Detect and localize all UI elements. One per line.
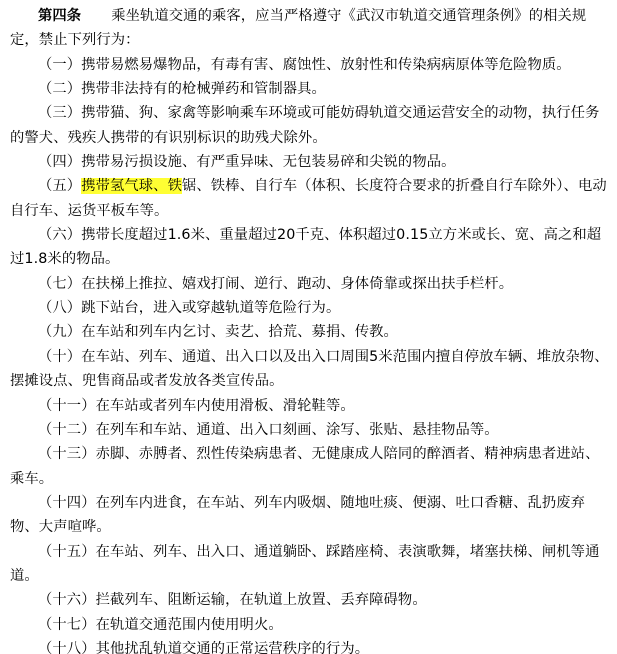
list-item-5: （五）携带氢气球、铁锯、铁棒、自行车（体积、长度符合要求的折叠自行车除外）、电动… xyxy=(10,174,612,223)
item-number: （十三） xyxy=(38,446,96,462)
article-intro-paragraph: 第四条乘坐轨道交通的乘客，应当严格遵守《武汉市轨道交通管理条例》的相关规定，禁止… xyxy=(10,4,612,53)
item-number: （十二） xyxy=(38,422,96,438)
article-label: 第四条 xyxy=(38,8,81,24)
item-text: 在车站或者列车内使用滑板、滑轮鞋等。 xyxy=(96,398,355,414)
list-item-18: （十八）其他扰乱轨道交通的正常运营秩序的行为。 xyxy=(10,637,612,654)
item-number: （七） xyxy=(38,276,81,292)
list-item-2: （二）携带非法持有的枪械弹药和管制器具。 xyxy=(10,77,612,101)
item-text: 在轨道交通范围内使用明火。 xyxy=(96,617,283,633)
item-number: （八） xyxy=(38,300,81,316)
item-number: （十四） xyxy=(38,495,96,511)
item-text: 在列车和车站、通道、出入口刻画、涂写、张贴、悬挂物品等。 xyxy=(96,422,499,438)
item-number: （十） xyxy=(38,349,81,365)
item-number: （一） xyxy=(38,57,81,73)
item-text: 在列车内进食，在车站、列车内吸烟、随地吐痰、便溺、吐口香糖、乱扔废弃物、大声喧哗… xyxy=(10,495,585,535)
item-text: 携带长度超过1.6米、重量超过20千克、体积超过0.15立方米或长、宽、高之和超… xyxy=(10,227,601,267)
item-number: （十七） xyxy=(38,617,96,633)
list-item-8: （八）跳下站台，进入或穿越轨道等危险行为。 xyxy=(10,296,612,320)
item-number: （十五） xyxy=(38,544,96,560)
article-intro-text: 乘坐轨道交通的乘客，应当严格遵守《武汉市轨道交通管理条例》的相关规定，禁止下列行… xyxy=(10,8,586,48)
list-item-6: （六）携带长度超过1.6米、重量超过20千克、体积超过0.15立方米或长、宽、高… xyxy=(10,223,612,272)
list-item-9: （九）在车站和列车内乞讨、卖艺、拾荒、募捐、传教。 xyxy=(10,320,612,344)
list-item-12: （十二）在列车和车站、通道、出入口刻画、涂写、张贴、悬挂物品等。 xyxy=(10,418,612,442)
item-text: 赤脚、赤膊者、烈性传染病患者、无健康成人陪同的醉酒者、精神病患者进站、乘车。 xyxy=(10,446,599,486)
item-number: （四） xyxy=(38,154,81,170)
item-text: 在扶梯上推拉、嬉戏打闹、逆行、跑动、身体倚靠或探出扶手栏杆。 xyxy=(81,276,513,292)
list-item-14: （十四）在列车内进食，在车站、列车内吸烟、随地吐痰、便溺、吐口香糖、乱扔废弃物、… xyxy=(10,491,612,540)
list-item-17: （十七）在轨道交通范围内使用明火。 xyxy=(10,613,612,637)
regulation-document: 第四条乘坐轨道交通的乘客，应当严格遵守《武汉市轨道交通管理条例》的相关规定，禁止… xyxy=(0,0,612,654)
list-item-11: （十一）在车站或者列车内使用滑板、滑轮鞋等。 xyxy=(10,394,612,418)
item-number: （二） xyxy=(38,81,81,97)
item-number: （十一） xyxy=(38,398,96,414)
item-text: 携带易污损设施、有严重异味、无包装易碎和尖锐的物品。 xyxy=(81,154,455,170)
item-number: （九） xyxy=(38,324,81,340)
item-text: 携带非法持有的枪械弹药和管制器具。 xyxy=(81,81,326,97)
item-number: （六） xyxy=(38,227,81,243)
item-text: 携带易燃易爆物品，有毒有害、腐蚀性、放射性和传染病病原体等危险物质。 xyxy=(81,57,571,73)
list-item-3: （三）携带猫、狗、家禽等影响乘车环境或可能妨碍轨道交通运营安全的动物，执行任务的… xyxy=(10,101,612,150)
item-number: （十六） xyxy=(38,592,96,608)
list-item-15: （十五）在车站、列车、出入口、通道躺卧、踩踏座椅、表演歌舞，堵塞扶梯、闸机等通道… xyxy=(10,540,612,589)
item-text: 在车站、列车、出入口、通道躺卧、踩踏座椅、表演歌舞，堵塞扶梯、闸机等通道。 xyxy=(10,544,599,584)
highlighted-text[interactable]: 携带氢气球、铁 xyxy=(81,178,182,194)
list-item-10: （十）在车站、列车、通道、出入口以及出入口周围5米范围内擅自停放车辆、堆放杂物、… xyxy=(10,345,612,394)
item-text: 跳下站台，进入或穿越轨道等危险行为。 xyxy=(81,300,340,316)
list-item-16: （十六）拦截列车、阻断运输，在轨道上放置、丢弃障碍物。 xyxy=(10,588,612,612)
list-item-4: （四）携带易污损设施、有严重异味、无包装易碎和尖锐的物品。 xyxy=(10,150,612,174)
item-text: 在车站、列车、通道、出入口以及出入口周围5米范围内擅自停放车辆、堆放杂物、摆摊设… xyxy=(10,349,609,389)
item-text: 携带猫、狗、家禽等影响乘车环境或可能妨碍轨道交通运营安全的动物，执行任务的警犬、… xyxy=(10,105,600,145)
list-item-13: （十三）赤脚、赤膊者、烈性传染病患者、无健康成人陪同的醉酒者、精神病患者进站、乘… xyxy=(10,442,612,491)
item-text: 在车站和列车内乞讨、卖艺、拾荒、募捐、传教。 xyxy=(81,324,398,340)
list-item-1: （一）携带易燃易爆物品，有毒有害、腐蚀性、放射性和传染病病原体等危险物质。 xyxy=(10,53,612,77)
item-text: 拦截列车、阻断运输，在轨道上放置、丢弃障碍物。 xyxy=(96,592,427,608)
item-number: （五） xyxy=(38,178,81,194)
item-number: （三） xyxy=(38,105,81,121)
item-number: （十八） xyxy=(38,641,96,654)
list-item-7: （七）在扶梯上推拉、嬉戏打闹、逆行、跑动、身体倚靠或探出扶手栏杆。 xyxy=(10,272,612,296)
item-text: 其他扰乱轨道交通的正常运营秩序的行为。 xyxy=(96,641,370,654)
